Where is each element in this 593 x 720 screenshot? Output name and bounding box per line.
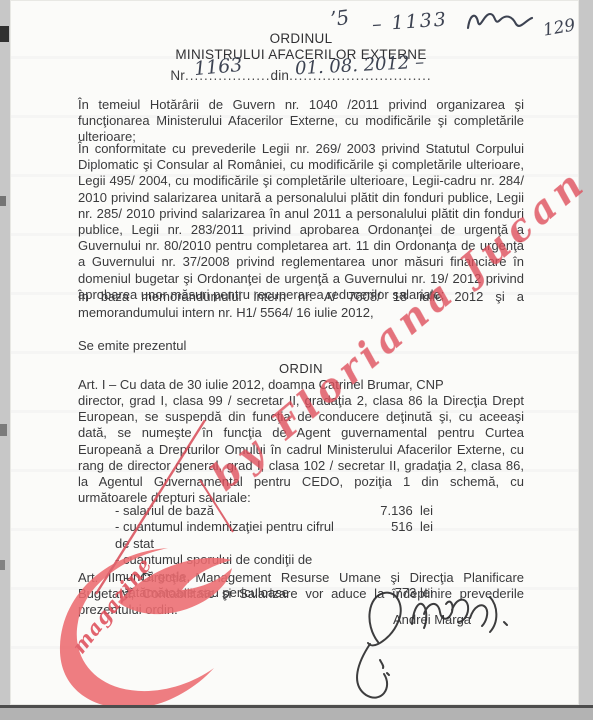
scan-artifact — [0, 196, 6, 206]
article-1-line1: Art. I – Cu data de 30 iulie 2012, doamn… — [78, 377, 524, 393]
paragraph-legal-basis-1: În temeiul Hotărârii de Guvern nr. 1040 … — [78, 97, 524, 146]
handwritten-mark: ʼ5 — [328, 5, 350, 31]
signatory-name: Andrei Marga — [393, 612, 471, 627]
salary-row-indemnity: - cuantumul indemnizaţiei pentru cifrul … — [78, 519, 524, 552]
document-scan: ORDINUL MINISTRULUI AFACERILOR EXTERNE N… — [0, 0, 593, 720]
paragraph-legal-basis-2: În conformitate cu prevederile Legii nr.… — [78, 141, 524, 303]
salary-label: - salariul de bază — [115, 503, 345, 519]
article-1-body: director, grad I, clasa 99 / secretar II… — [78, 393, 524, 506]
scan-artifact — [0, 424, 7, 436]
scan-bottom-strip — [0, 708, 593, 720]
din-label: din — [271, 68, 290, 83]
salary-label: - cuantumul indemnizaţiei pentru cifrul … — [115, 519, 345, 552]
salary-value: 7.136 lei — [345, 503, 433, 519]
scan-artifact — [0, 26, 9, 42]
paragraph-memorandum: În baza memorandumului intern nr. A/ 760… — [78, 289, 524, 321]
order-heading: ORDIN — [78, 361, 524, 377]
salary-value: 516 lei — [345, 519, 433, 552]
salary-row-base: - salariul de bază 7.136 lei — [78, 503, 524, 519]
doc-title: ORDINUL — [78, 31, 524, 47]
scan-artifact — [0, 560, 5, 570]
paragraph-emit: Se emite prezentul — [78, 338, 524, 354]
nr-label: Nr — [170, 68, 185, 83]
handwritten-order-number: 1163 — [193, 54, 243, 80]
